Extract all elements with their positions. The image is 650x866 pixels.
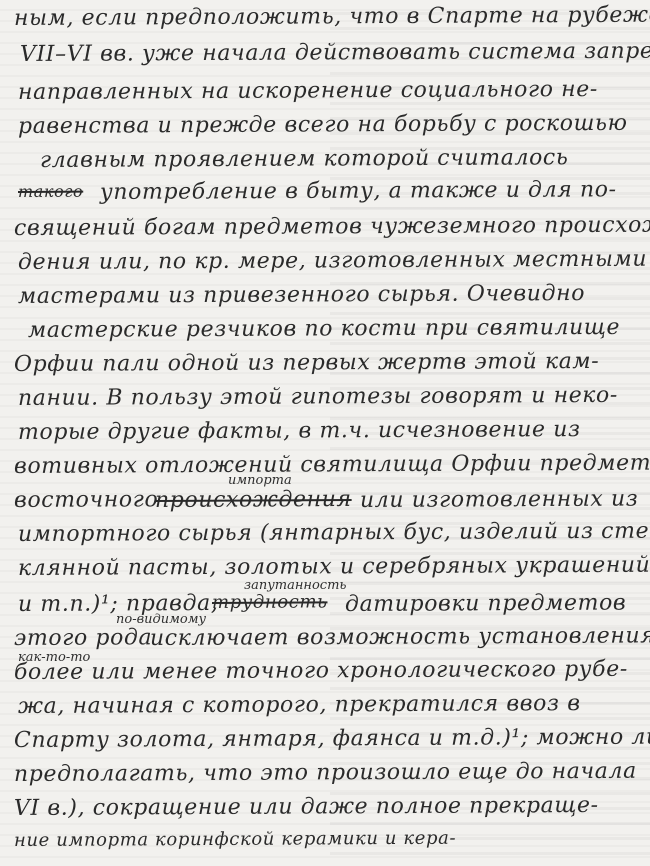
manuscript-line: мастерские резчиков по кости при святили… xyxy=(28,315,650,343)
manuscript-line: этого рода xyxy=(14,625,144,651)
manuscript-line: дения или, по кр. мере, изготовленных ме… xyxy=(18,247,650,275)
manuscript-line: мастерами из привезенного сырья. Очевидн… xyxy=(18,281,650,309)
manuscript-line: импортного сырья (янтарных бус, изделий … xyxy=(18,519,650,547)
manuscript-line: вотивных отложений святилища Орфии предм… xyxy=(14,451,650,479)
manuscript-line: употребление в быту, а также и для по- xyxy=(100,177,650,205)
struck-word: происхождения xyxy=(155,487,355,513)
manuscript-line: ние импорта коринфской керамики и кера- xyxy=(14,827,650,851)
manuscript-page: ным, если предположить, что в Спарте на … xyxy=(0,0,650,866)
manuscript-line: клянной пасты, золотых и серебряных укра… xyxy=(18,553,650,581)
manuscript-line: или изготовленных из xyxy=(360,486,650,513)
manuscript-line: торые другие факты, в т.ч. исчезновение … xyxy=(18,417,650,445)
struck-word: трудность xyxy=(212,591,342,613)
manuscript-line: священий богам предметов чужеземного про… xyxy=(14,213,650,241)
manuscript-line: датировки предметов xyxy=(345,590,645,617)
manuscript-line: VII–VI вв. уже начала действовать систем… xyxy=(20,39,650,67)
manuscript-line: главным проявлением которой считалось xyxy=(40,145,650,173)
manuscript-line: направленных на искоренение социального … xyxy=(18,77,650,105)
manuscript-line: предполагать, что это произошло еще до н… xyxy=(14,759,650,787)
manuscript-line: ным, если предположить, что в Спарте на … xyxy=(14,3,650,31)
struck-word: такого xyxy=(18,182,88,201)
manuscript-line: пании. В пользу этой гипотезы говорят и … xyxy=(18,383,650,411)
manuscript-line: равенства и прежде всего на борьбу с рос… xyxy=(18,111,650,139)
manuscript-line: восточного xyxy=(14,487,154,513)
manuscript-line: Орфии пали одной из первых жертв этой ка… xyxy=(14,349,650,377)
insertion-above-line: импорта xyxy=(228,473,292,488)
manuscript-line: жа, начиная с которого, прекратился ввоз… xyxy=(18,691,650,719)
manuscript-line: Спарту золота, янтаря, фаянса и т.д.)¹; … xyxy=(14,725,650,753)
manuscript-line: VI в.), сокращение или даже полное прекр… xyxy=(14,793,650,821)
manuscript-line: более или менее точного хронологического… xyxy=(14,657,650,685)
manuscript-line: исключает возможность установления xyxy=(150,623,650,651)
